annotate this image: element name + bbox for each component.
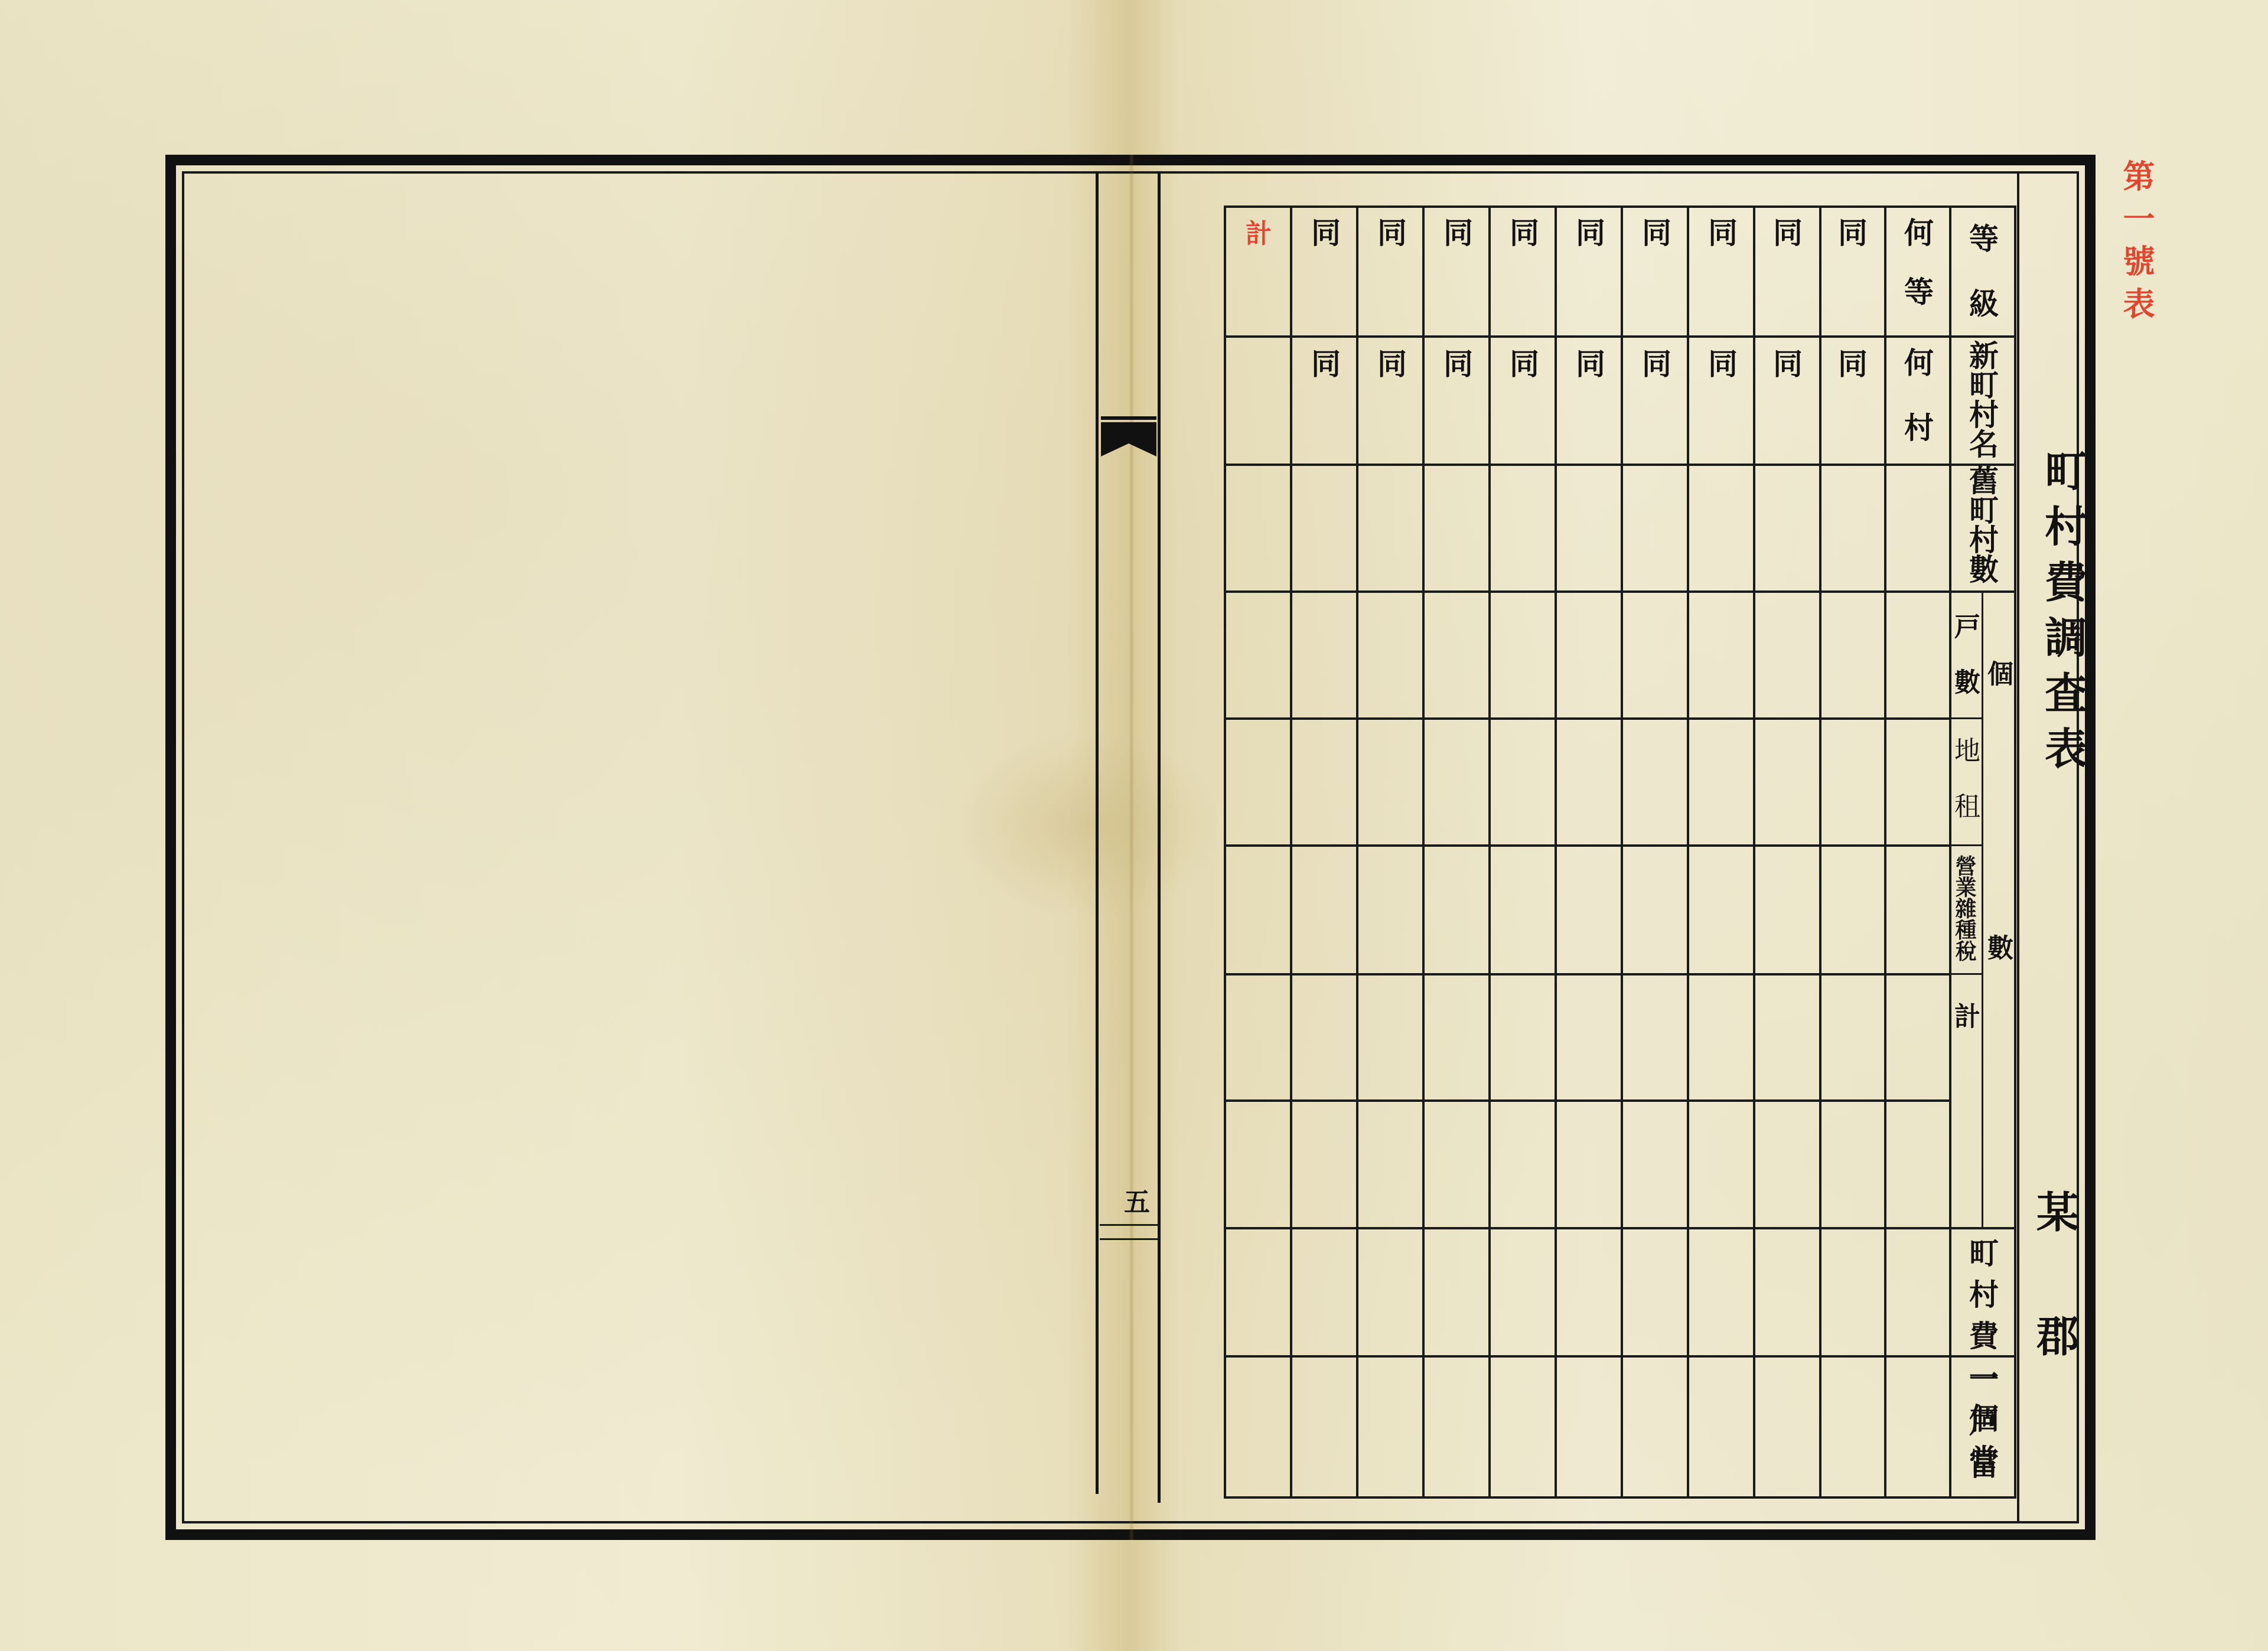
row-rule (1224, 464, 1949, 466)
column-rule (1687, 205, 1689, 1499)
ditto-village-cell: 同 (1375, 348, 1405, 378)
table-top-rule (1224, 205, 2016, 208)
spine-rule-bottom (1100, 1238, 1158, 1240)
row-rule (1224, 717, 1949, 720)
ditto-grade-cell: 同 (1441, 217, 1471, 247)
total-column-label: 計 (1243, 220, 1269, 246)
ditto-village-cell: 同 (1706, 348, 1735, 378)
row-rule (1224, 590, 1949, 593)
table-bottom-rule (1224, 1496, 2016, 1499)
ditto-village-cell: 同 (1309, 348, 1338, 378)
column-grade-template: 何等 (1902, 217, 1931, 335)
row-rule (1224, 1227, 1949, 1229)
header-village-expense: 町村費 (1967, 1238, 1996, 1362)
header-households: 戸數 (1951, 613, 1977, 724)
header-land-tax: 地租 (1951, 737, 1977, 848)
header-per-household: 一戸當 (1967, 1364, 1996, 1492)
column-village-template: 何村 (1902, 347, 1931, 477)
ditto-grade-cell: 同 (1507, 217, 1537, 247)
header-row-rule (1949, 1227, 2015, 1229)
column-rule (1819, 205, 1821, 1499)
spine-right-line (1158, 171, 1161, 1503)
ditto-grade-cell: 同 (1573, 217, 1603, 247)
ditto-village-cell: 同 (1573, 348, 1603, 378)
ditto-village-cell: 同 (1441, 348, 1471, 378)
column-rule (1753, 205, 1755, 1499)
ditto-grade-cell: 同 (1836, 217, 1865, 247)
ditto-grade-cell: 同 (1375, 217, 1405, 247)
ditto-village-cell: 同 (1507, 348, 1537, 378)
column-rule (1422, 205, 1425, 1499)
ditto-grade-cell: 同 (1706, 217, 1735, 247)
header-grade: 等級 (1967, 223, 1996, 353)
header-sub-rule (1949, 973, 1982, 975)
title-column-rule (2017, 171, 2019, 1523)
ditto-grade-cell: 同 (1309, 217, 1338, 247)
form-number-label: 第一號表 (2114, 159, 2160, 329)
fishtail-mark-icon (1100, 416, 1158, 458)
spine-rule-top (1100, 1224, 1158, 1226)
header-new-village-name: 新町村名 (1967, 340, 1996, 458)
column-rule (1356, 205, 1358, 1499)
ditto-village-cell: 同 (1836, 348, 1865, 378)
ditto-village-cell: 同 (1771, 348, 1800, 378)
spine-left-line (1096, 171, 1099, 1494)
left-page-blank (193, 182, 1090, 1513)
row-rule (1224, 1355, 1949, 1358)
header-group-count: 個數 (1984, 660, 2010, 1208)
header-business-misc-tax: 營業雜種稅 (1954, 855, 1975, 961)
table-right-rule (2014, 205, 2016, 1499)
row-rule (1224, 973, 1949, 975)
row-rule (1224, 1099, 1949, 1102)
ditto-grade-cell: 同 (1771, 217, 1800, 247)
document-title: 町村費調査表 (2032, 449, 2093, 782)
header-column-rule (1949, 205, 1951, 1499)
survey-table: 等級 新町村名 舊町村數 戸數 地租 營業雜種稅 計 個數 町村費 一個當 何等… (1224, 205, 2016, 1499)
column-rule (1621, 205, 1623, 1499)
row-rule (1224, 844, 1949, 847)
column-rule (1290, 205, 1292, 1499)
header-subtotal: 計 (1951, 1003, 1977, 1029)
county-suffix: 郡 (2036, 1302, 2079, 1363)
column-rule (1884, 205, 1886, 1499)
ditto-village-cell: 同 (1640, 348, 1669, 378)
table-left-rule (1224, 205, 1226, 1499)
header-old-village-count: 舊町村數 (1967, 465, 1996, 583)
header-row-rule (1949, 590, 2015, 593)
column-rule (1555, 205, 1557, 1499)
book-fold (1129, 155, 1134, 1540)
row-rule (1224, 335, 1949, 338)
column-rule (1488, 205, 1491, 1499)
ditto-grade-cell: 同 (1640, 217, 1669, 247)
county-placeholder: 某 (2036, 1178, 2079, 1239)
spine-page-number: 五 (1122, 1181, 1152, 1219)
